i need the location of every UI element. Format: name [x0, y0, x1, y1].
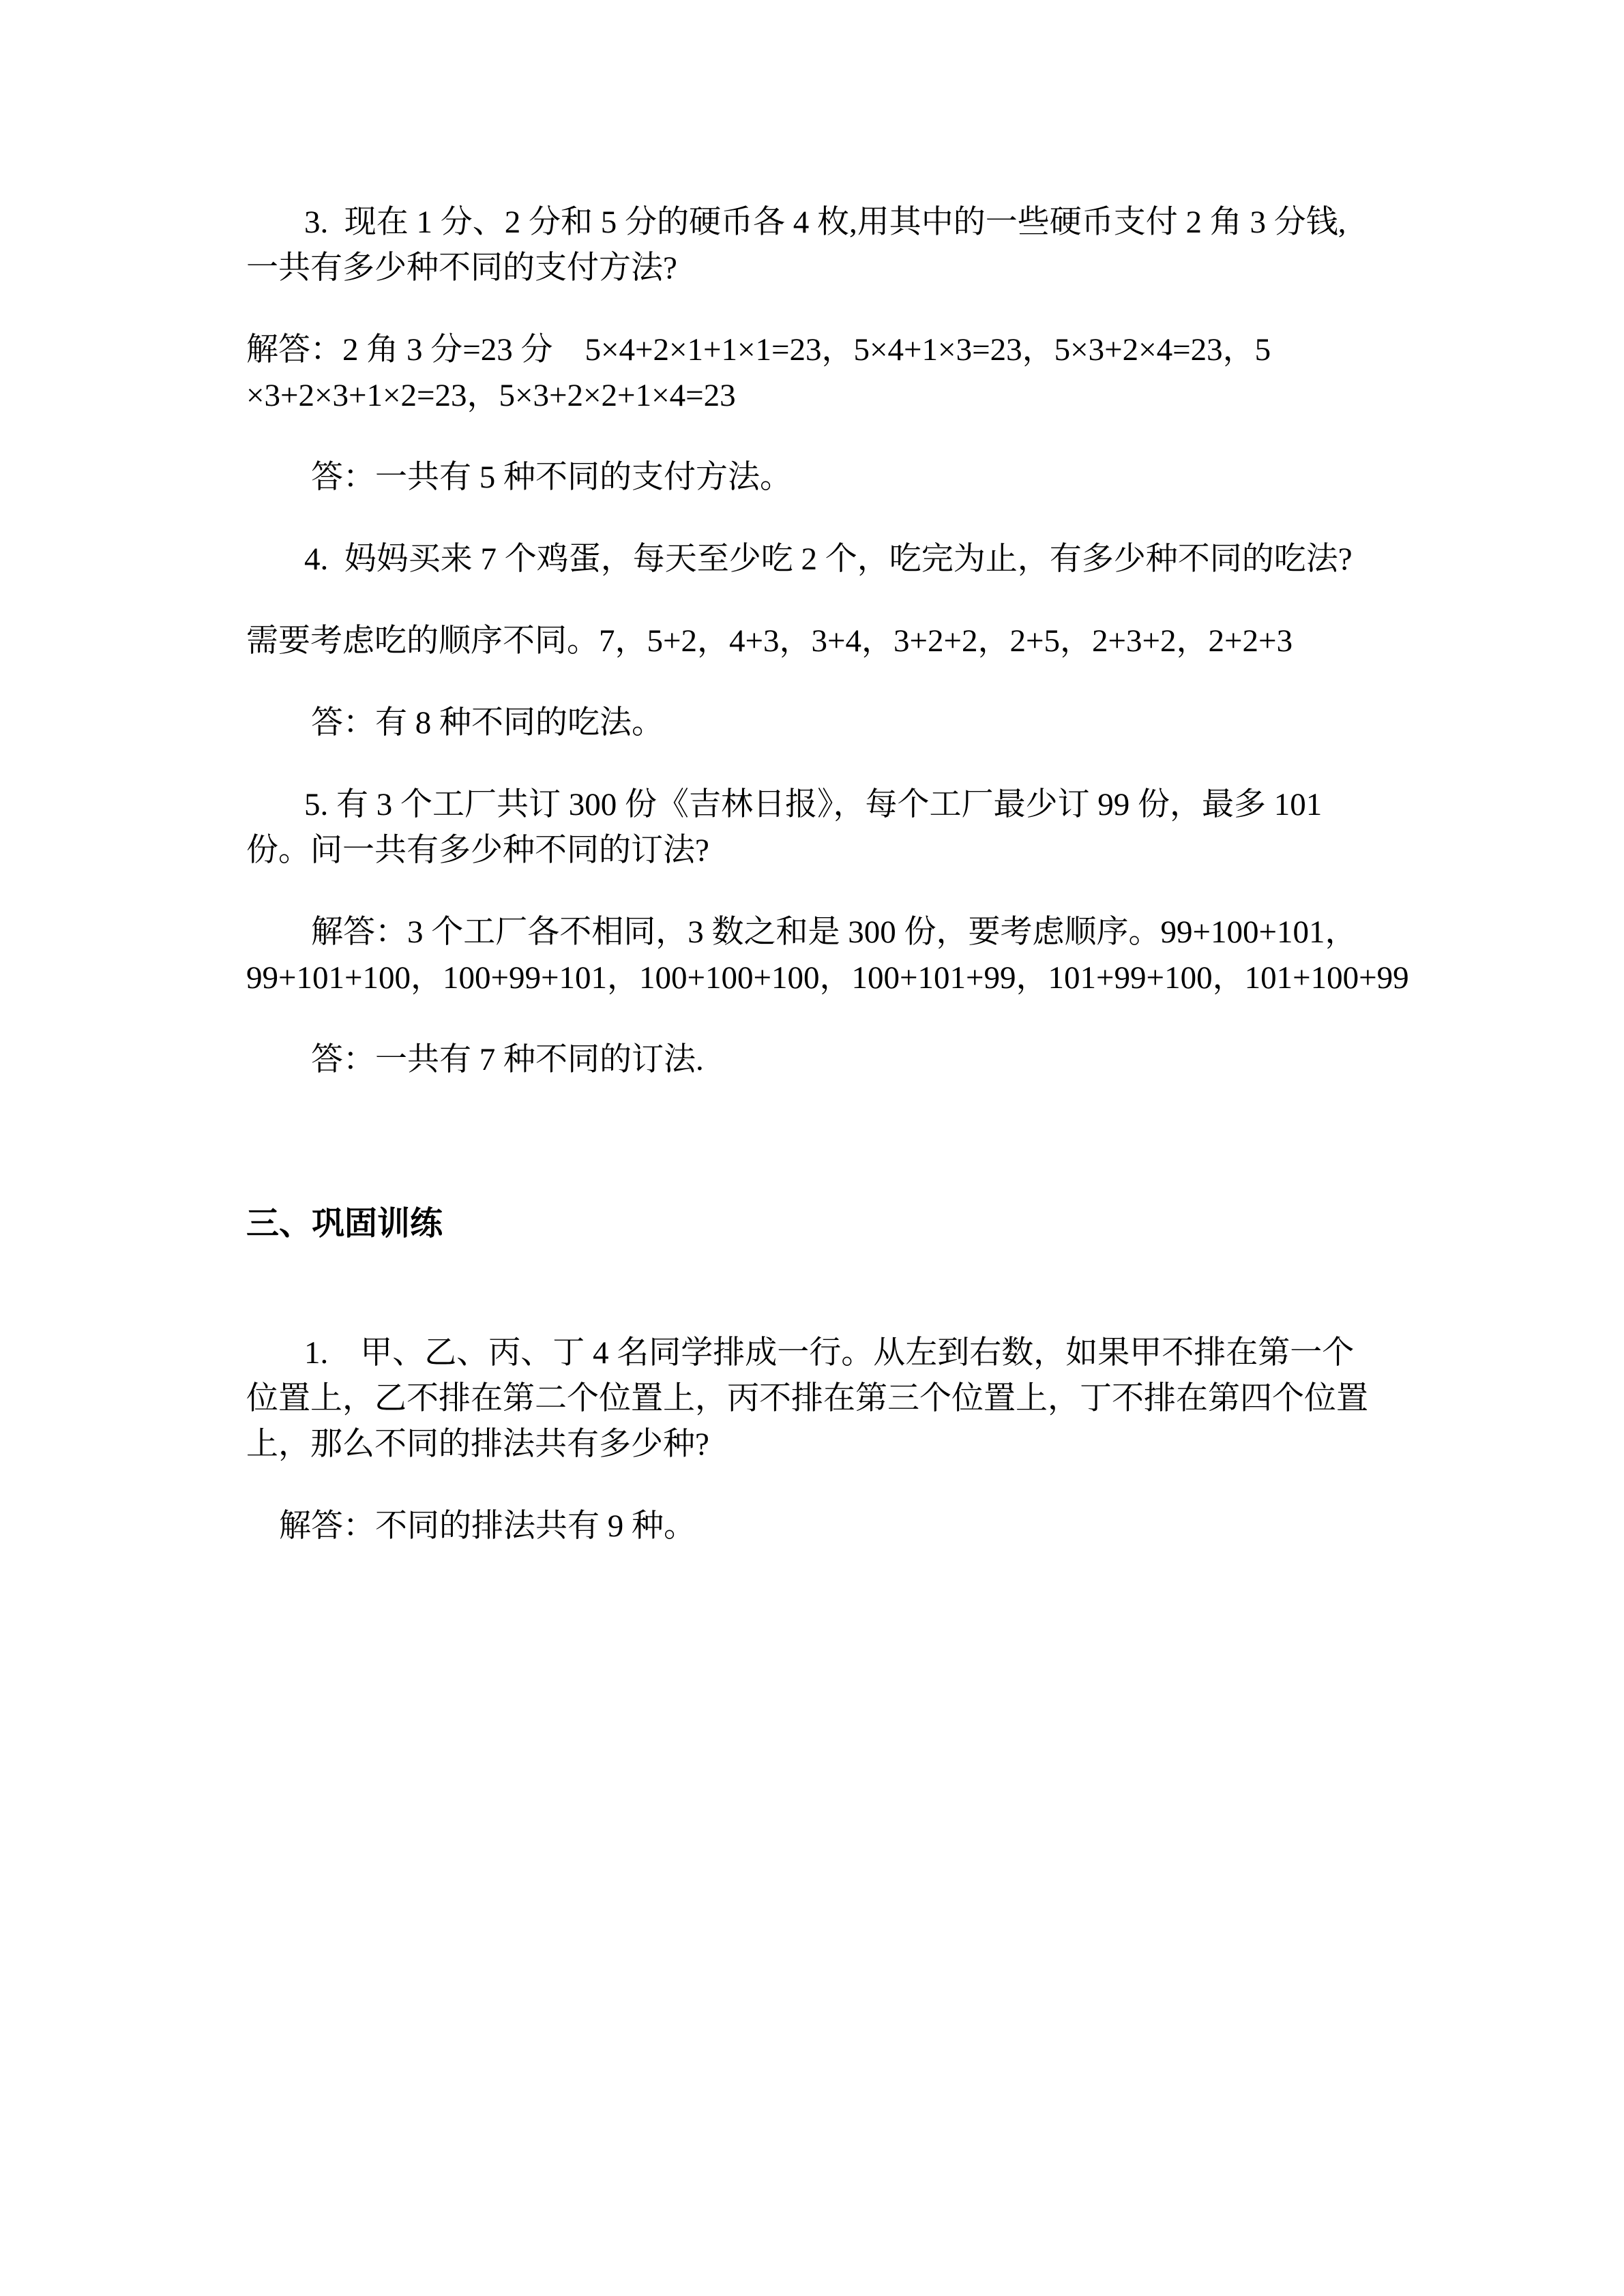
answer-3-text: 答：一共有 5 种不同的支付方法。 [246, 455, 1380, 501]
problem-4-text: 4. 妈妈买来 7 个鸡蛋，每天至少吃 2 个，吃完为止，有多少种不同的吃法? [246, 537, 1380, 582]
solution-1-text: 解答：不同的排法共有 9 种。 [246, 1504, 1380, 1549]
problem-3-text: 3. 现在 1 分、2 分和 5 分的硬币各 4 枚,用其中的一些硬币支付 2 … [246, 200, 1380, 291]
section-heading: 三、巩固训练 [246, 1201, 1380, 1247]
problem-5-text: 5. 有 3 个工厂共订 300 份《吉林日报》，每个工厂最少订 99 份，最多… [246, 782, 1380, 874]
solution-5-text: 解答：3 个工厂各不相同，3 数之和是 300 份，要考虑顺序。99+100+1… [246, 910, 1380, 1001]
answer-5-text: 答：一共有 7 种不同的订法. [246, 1037, 1380, 1083]
solution-4-text: 需要考虑吃的顺序不同。7，5+2，4+3，3+4，3+2+2，2+5，2+3+2… [246, 618, 1380, 664]
document-page: 3. 现在 1 分、2 分和 5 分的硬币各 4 枚,用其中的一些硬币支付 2 … [0, 0, 1624, 2296]
problem-1-text: 1. 甲、乙、丙、丁 4 名同学排成一行。从左到右数，如果甲不排在第一个 位置上… [246, 1330, 1380, 1467]
answer-4-text: 答：有 8 种不同的吃法。 [246, 700, 1380, 746]
solution-3-text: 解答：2 角 3 分=23 分 5×4+2×1+1×1=23，5×4+1×3=2… [246, 327, 1380, 419]
